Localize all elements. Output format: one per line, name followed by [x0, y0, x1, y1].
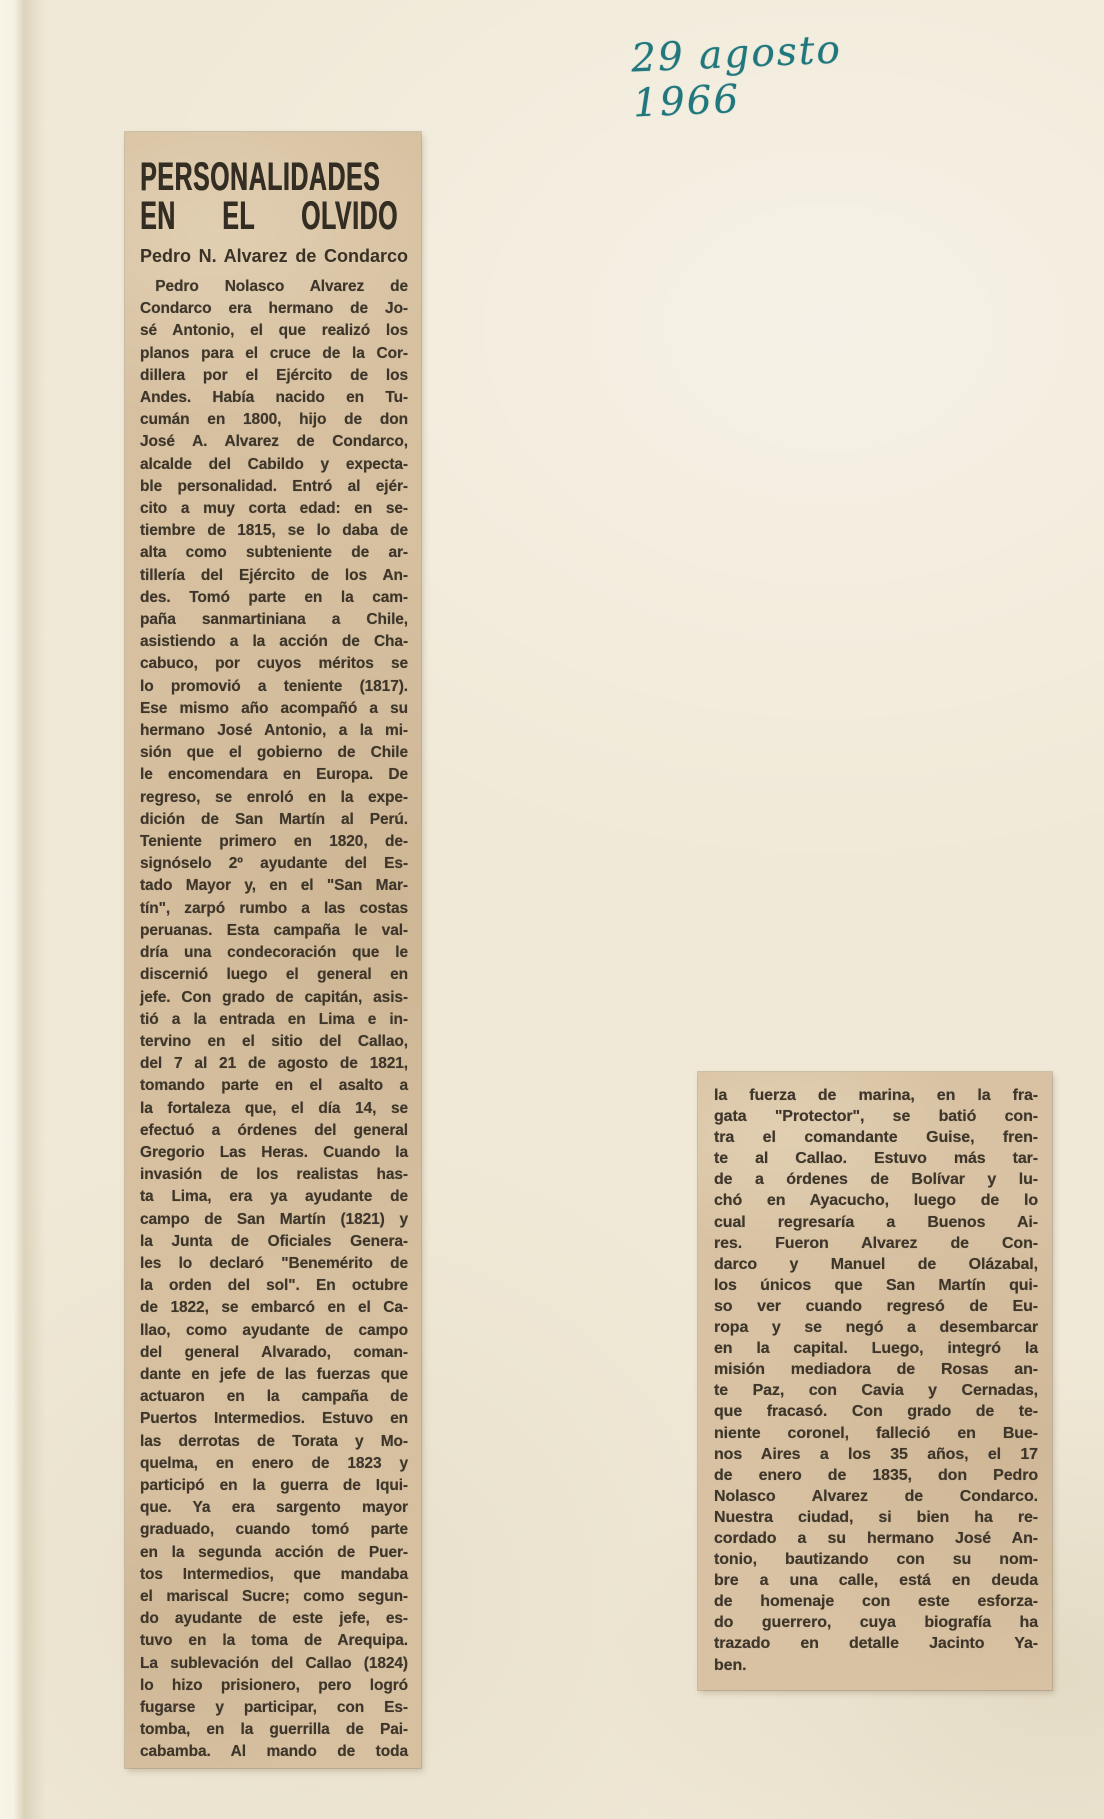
headline-line-2: EN EL OLVIDO — [140, 197, 398, 236]
body-line: jefe. Con grado de capitán, asis- — [140, 987, 408, 1009]
newspaper-clipping-right: la fuerza de marina, en la fra-gata "Pro… — [698, 1072, 1052, 1690]
body-line: alta como subteniente de ar- — [140, 542, 408, 564]
body-line: chó en Ayacucho, luego de lo — [714, 1190, 1038, 1211]
body-line: dición de San Martín al Perú. — [140, 809, 408, 831]
body-line: las derrotas de Torata y Mo- — [140, 1431, 408, 1453]
body-line: Pedro Nolasco Alvarez de — [140, 276, 408, 298]
body-line: que. Ya era sargento mayor — [140, 1497, 408, 1519]
newspaper-clipping-left: PERSONALIDADES EN EL OLVIDO Pedro N. Alv… — [125, 132, 421, 1768]
body-line: so ver cuando regresó de Eu- — [714, 1296, 1038, 1317]
body-line: trazado en detalle Jacinto Ya- — [714, 1633, 1038, 1654]
body-line: cordado a su hermano José An- — [714, 1528, 1038, 1549]
body-line: tillería del Ejército de los An- — [140, 565, 408, 587]
body-line: Teniente primero en 1820, de- — [140, 831, 408, 853]
body-line: Condarco era hermano de Jo- — [140, 298, 408, 320]
body-line: misión mediadora de Rosas an- — [714, 1359, 1038, 1380]
body-line: dillera por el Ejército de los — [140, 365, 408, 387]
body-line: le encomendara en Europa. De — [140, 764, 408, 786]
body-line: tonio, bautizando con su nom- — [714, 1549, 1038, 1570]
body-line: signóselo 2º ayudante del Es- — [140, 853, 408, 875]
body-line: en la segunda acción de Puer- — [140, 1542, 408, 1564]
body-line: Ese mismo año acompañó a su — [140, 698, 408, 720]
body-line: fugarse y participar, con Es- — [140, 1697, 408, 1719]
body-line: tervino en el sitio del Callao, — [140, 1031, 408, 1053]
body-line: Andes. Había nacido en Tu- — [140, 387, 408, 409]
body-line: graduado, cuando tomó parte — [140, 1519, 408, 1541]
body-line: Puertos Intermedios. Estuvo en — [140, 1408, 408, 1430]
body-line: cual regresaría a Buenos Ai- — [714, 1212, 1038, 1233]
body-line: del general Alvarado, coman- — [140, 1342, 408, 1364]
body-line: que fracasó. Con grado de te- — [714, 1401, 1038, 1422]
article-headline: PERSONALIDADES EN EL OLVIDO — [140, 158, 398, 236]
body-line: cito a muy corta edad: en se- — [140, 498, 408, 520]
body-line: cabamba. Al mando de toda — [140, 1741, 408, 1763]
body-line: participó en la guerra de Iqui- — [140, 1475, 408, 1497]
body-line: des. Tomó parte en la cam- — [140, 587, 408, 609]
body-line: tió a la entrada en Lima e in- — [140, 1009, 408, 1031]
body-line: planos para el cruce de la Cor- — [140, 343, 408, 365]
article-subtitle: Pedro N. Alvarez de Condarco — [140, 244, 408, 268]
left-body-column: Pedro Nolasco Alvarez deCondarco era her… — [140, 276, 408, 1764]
body-line: efectuó a órdenes del general — [140, 1120, 408, 1142]
body-line: lo promovió a teniente (1817). — [140, 676, 408, 698]
body-line: dante en jefe de las fuerzas que — [140, 1364, 408, 1386]
body-line: cabuco, por cuyos méritos se — [140, 653, 408, 675]
body-line: asistiendo a la acción de Cha- — [140, 631, 408, 653]
body-line: quelma, en enero de 1823 y — [140, 1453, 408, 1475]
body-line: te Paz, con Cavia y Cernadas, — [714, 1380, 1038, 1401]
body-line: ropa y se negó a desembarcar — [714, 1317, 1038, 1338]
body-line: res. Fueron Alvarez de Con- — [714, 1233, 1038, 1254]
body-line: dría una condecoración que le — [140, 942, 408, 964]
body-line: peruanas. Esta campaña le val- — [140, 920, 408, 942]
body-line: la Junta de Oficiales Genera- — [140, 1231, 408, 1253]
body-line: del 7 al 21 de agosto de 1821, — [140, 1053, 408, 1075]
body-line: La sublevación del Callao (1824) — [140, 1653, 408, 1675]
body-line: ble personalidad. Entró al ejér- — [140, 476, 408, 498]
body-line: la fuerza de marina, en la fra- — [714, 1085, 1038, 1106]
body-line: darco y Manuel de Olázabal, — [714, 1254, 1038, 1275]
body-line: tomba, en la guerrilla de Pai- — [140, 1719, 408, 1741]
body-line: lo hizo prisionero, pero logró — [140, 1675, 408, 1697]
body-line: tiembre de 1815, se lo daba de — [140, 520, 408, 542]
body-line: do ayudante de este jefe, es- — [140, 1608, 408, 1630]
body-line: actuaron en la campaña de — [140, 1386, 408, 1408]
body-line: niente coronel, falleció en Bue- — [714, 1423, 1038, 1444]
body-line: campo de San Martín (1821) y — [140, 1209, 408, 1231]
body-line: tín", zarpó rumbo a las costas — [140, 898, 408, 920]
body-line: alcalde del Cabildo y expecta- — [140, 454, 408, 476]
body-line: Nolasco Alvarez de Condarco. — [714, 1486, 1038, 1507]
body-line: ben. — [714, 1655, 1038, 1676]
body-line: cumán en 1800, hijo de don — [140, 409, 408, 431]
body-line: en la capital. Luego, integró la — [714, 1338, 1038, 1359]
body-line: llao, como ayudante de campo — [140, 1320, 408, 1342]
body-line: de 1822, se embarcó en el Ca- — [140, 1297, 408, 1319]
right-body-column: la fuerza de marina, en la fra-gata "Pro… — [714, 1085, 1038, 1676]
body-line: tado Mayor y, en el "San Mar- — [140, 875, 408, 897]
body-line: sión que el gobierno de Chile — [140, 742, 408, 764]
body-line: los únicos que San Martín qui- — [714, 1275, 1038, 1296]
body-line: Gregorio Las Heras. Cuando la — [140, 1142, 408, 1164]
handwritten-date: 29 agosto 1966 — [630, 23, 934, 126]
body-line: gata "Protector", se batió con- — [714, 1106, 1038, 1127]
body-line: tomando parte en el asalto a — [140, 1075, 408, 1097]
body-line: hermano José Antonio, a la mi- — [140, 720, 408, 742]
body-line: José A. Alvarez de Condarco, — [140, 431, 408, 453]
body-line: la orden del sol". En octubre — [140, 1275, 408, 1297]
body-line: ta Lima, era ya ayudante de — [140, 1186, 408, 1208]
body-line: nos Aires a los 35 años, el 17 — [714, 1444, 1038, 1465]
scrapbook-page: 29 agosto 1966 PERSONALIDADES EN EL OLVI… — [0, 0, 1104, 1819]
body-line: paña sanmartiniana a Chile, — [140, 609, 408, 631]
body-line: de enero de 1835, don Pedro — [714, 1465, 1038, 1486]
body-line: la fortaleza que, el día 14, se — [140, 1098, 408, 1120]
body-line: tos Intermedios, que mandaba — [140, 1564, 408, 1586]
body-line: Nuestra ciudad, si bien ha re- — [714, 1507, 1038, 1528]
body-line: sé Antonio, el que realizó los — [140, 320, 408, 342]
body-line: bre a una calle, está en deuda — [714, 1570, 1038, 1591]
body-line: les lo declaró "Benemérito de — [140, 1253, 408, 1275]
body-line: de homenaje con este esforza- — [714, 1591, 1038, 1612]
body-line: tuvo en la toma de Arequipa. — [140, 1630, 408, 1652]
headline-line-1: PERSONALIDADES — [140, 158, 398, 197]
body-line: invasión de los realistas has- — [140, 1164, 408, 1186]
body-line: tra el comandante Guise, fren- — [714, 1127, 1038, 1148]
body-line: discernió luego el general en — [140, 964, 408, 986]
body-line: te al Callao. Estuvo más tar- — [714, 1148, 1038, 1169]
body-line: do guerrero, cuya biografía ha — [714, 1612, 1038, 1633]
body-line: de a órdenes de Bolívar y lu- — [714, 1169, 1038, 1190]
body-line: regreso, se enroló en la expe- — [140, 787, 408, 809]
body-line: el mariscal Sucre; como segun- — [140, 1586, 408, 1608]
